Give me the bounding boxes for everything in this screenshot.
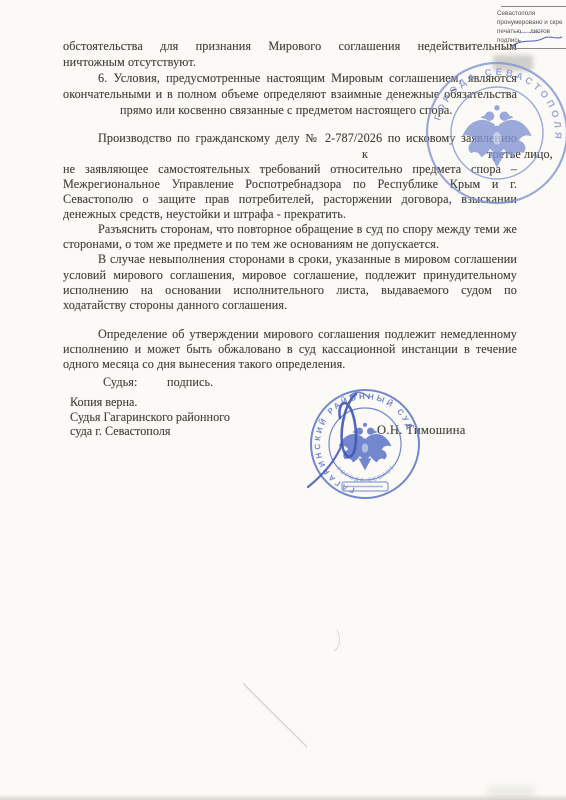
k-preposition: к <box>362 147 368 163</box>
document-page: обстоятельства для признания Мирового со… <box>0 0 566 800</box>
divider <box>501 48 566 49</box>
copy-true-label: Копия верна. <box>70 395 230 410</box>
copy-certification-block: Копия верна. Судья Гагаринского районног… <box>70 395 230 439</box>
corner-line: подпись <box>497 36 566 45</box>
corner-line: печатью листов <box>497 27 566 36</box>
divider <box>501 6 566 7</box>
judge-label: Судья: <box>103 375 138 391</box>
body-line: одного месяца со дня вынесения такого оп… <box>63 357 517 374</box>
corner-line: пронумеровано и скре <box>497 18 566 27</box>
scanned-court-document: { "doc": { "lines": [ "обстоятельства дл… <box>0 0 566 800</box>
body-line: ходатайству стороны данного соглашения. <box>63 298 517 315</box>
signature-placeholder: подпись. <box>167 375 213 391</box>
city-round-stamp: ГОРОДА СЕВАСТОПОЛЯ <box>410 50 566 226</box>
certifying-judge-line2: суда г. Севастополя <box>70 424 230 439</box>
corner-line: Севастополя <box>497 9 566 18</box>
body-line: В случае невыполнения сторонами в сроки,… <box>63 252 517 269</box>
certifying-judge-line1: Судья Гагаринского районного <box>70 410 230 425</box>
binding-certification-stamp: Севастополя пронумеровано и скре печатью… <box>497 3 566 51</box>
judge-signature-line: Судья: подпись. <box>63 375 517 392</box>
court-round-stamp: ГАГАРИНСКИЙ РАЙОННЫЙ СУД ГОРОДА СЕВАСТОП… <box>298 384 438 514</box>
scan-edge-shadow <box>0 794 566 800</box>
